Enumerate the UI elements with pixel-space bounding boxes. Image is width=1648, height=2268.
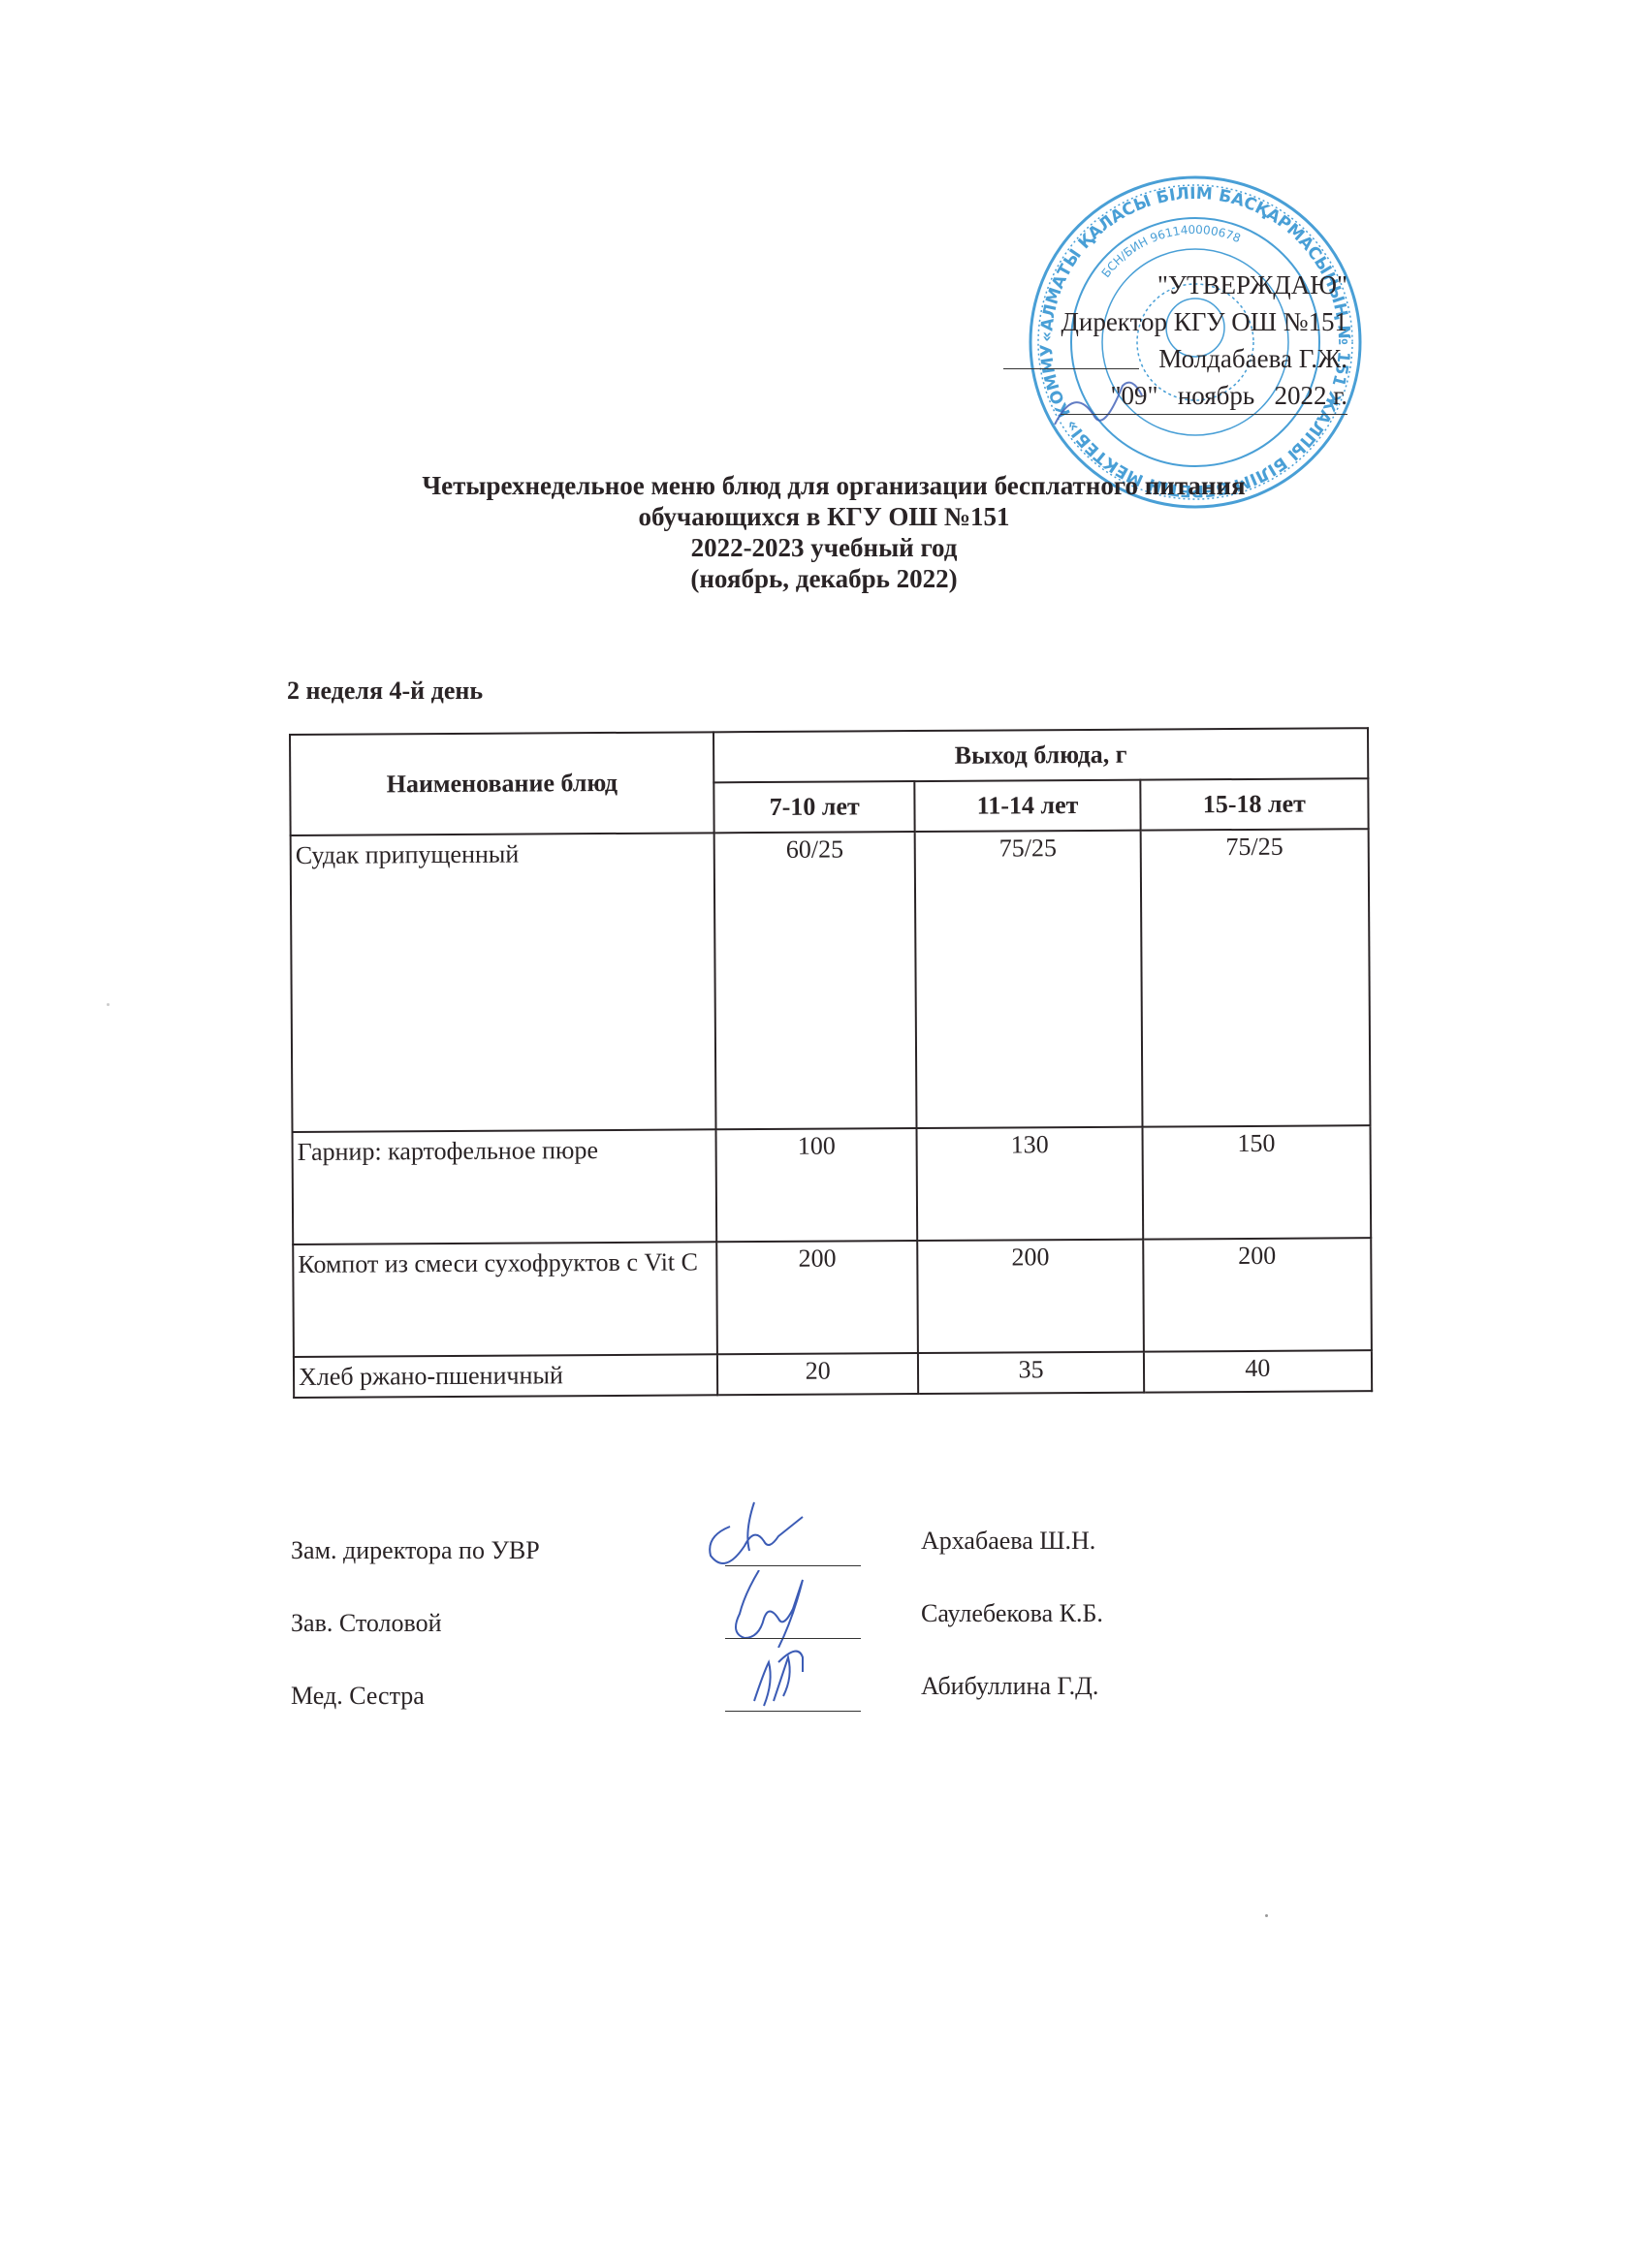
- director-signature-line: [1003, 368, 1139, 369]
- handwritten-signature-icon: [696, 1570, 832, 1648]
- dish-name: Хлеб ржано-пшеничный: [294, 1354, 717, 1398]
- approval-name: Молдабаева Г.Ж.: [1061, 340, 1347, 377]
- signer-role: Зав. Столовой: [291, 1609, 442, 1638]
- portion-value: 75/25: [915, 831, 1142, 1128]
- menu-table: Наименование блюд Выход блюда, г 7-10 ле…: [289, 727, 1373, 1399]
- signer-name: Саулебекова К.Б.: [921, 1599, 1103, 1628]
- header-age-7-10: 7-10 лет: [713, 781, 915, 833]
- handwritten-signature-icon: [696, 1497, 832, 1575]
- portion-value: 200: [716, 1241, 918, 1354]
- portion-value: 20: [717, 1353, 919, 1395]
- signature-line: [725, 1565, 861, 1566]
- approval-date-month: ноябрь: [1178, 381, 1254, 410]
- portion-value: 35: [918, 1352, 1143, 1394]
- portion-value: 130: [917, 1127, 1143, 1241]
- signatures-block: Зам. директора по УВР Архабаева Ш.Н. Зав…: [291, 1527, 1163, 1749]
- portion-value: 150: [1142, 1125, 1371, 1239]
- title-line-3: 2022-2023 учебный год: [0, 532, 1648, 563]
- signature-row: Мед. Сестра Абибуллина Г.Д.: [291, 1682, 1163, 1740]
- dish-name: Судак припущенный: [291, 833, 716, 1132]
- week-day-label: 2 неделя 4-й день: [287, 677, 483, 706]
- portion-value: 200: [918, 1240, 1144, 1353]
- header-dish-name: Наименование блюд: [290, 732, 714, 835]
- title-line-2: обучающихся в КГУ ОШ №151: [0, 501, 1648, 532]
- approval-position: Директор КГУ ОШ №151: [1061, 303, 1347, 340]
- header-age-15-18: 15-18 лет: [1140, 778, 1369, 830]
- dish-name: Компот из смеси сухофруктов с Vit C: [293, 1242, 717, 1357]
- signature-line: [725, 1638, 861, 1639]
- document-title: Четырехнедельное меню блюд для организац…: [0, 470, 1648, 594]
- table-row: Судак припущенный 60/25 75/25 75/25: [291, 829, 1371, 1132]
- handwritten-signature-icon: [696, 1643, 832, 1720]
- title-line-4: (ноябрь, декабрь 2022): [0, 563, 1648, 594]
- signer-name: Архабаева Ш.Н.: [921, 1527, 1095, 1556]
- table-row: Хлеб ржано-пшеничный 20 35 40: [294, 1350, 1372, 1398]
- title-line-1: Четырехнедельное меню блюд для организац…: [0, 470, 1648, 501]
- header-portion-yield: Выход блюда, г: [713, 728, 1368, 782]
- approval-block: "УТВЕРЖДАЮ" Директор КГУ ОШ №151 Молдаба…: [1061, 267, 1347, 415]
- signature-line: [725, 1711, 861, 1712]
- scan-speck: [1265, 1914, 1268, 1917]
- approval-date-year: 2022 г.: [1274, 381, 1347, 410]
- portion-value: 60/25: [714, 832, 917, 1129]
- portion-value: 40: [1144, 1350, 1373, 1392]
- scan-speck: [107, 1003, 110, 1006]
- header-age-11-14: 11-14 лет: [915, 780, 1141, 832]
- table-row: Компот из смеси сухофруктов с Vit C 200 …: [293, 1238, 1372, 1357]
- portion-value: 75/25: [1140, 829, 1370, 1126]
- signer-role: Зам. директора по УВР: [291, 1536, 540, 1565]
- approval-date: "09" ноябрь 2022 г.: [1061, 377, 1347, 415]
- table-row: Гарнир: картофельное пюре 100 130 150: [293, 1125, 1372, 1244]
- signer-role: Мед. Сестра: [291, 1682, 425, 1711]
- portion-value: 100: [716, 1128, 918, 1242]
- signer-name: Абибуллина Г.Д.: [921, 1672, 1098, 1701]
- portion-value: 200: [1143, 1238, 1372, 1351]
- approval-date-day: "09": [1111, 381, 1158, 410]
- approval-heading: "УТВЕРЖДАЮ": [1061, 267, 1347, 303]
- dish-name: Гарнир: картофельное пюре: [293, 1129, 717, 1244]
